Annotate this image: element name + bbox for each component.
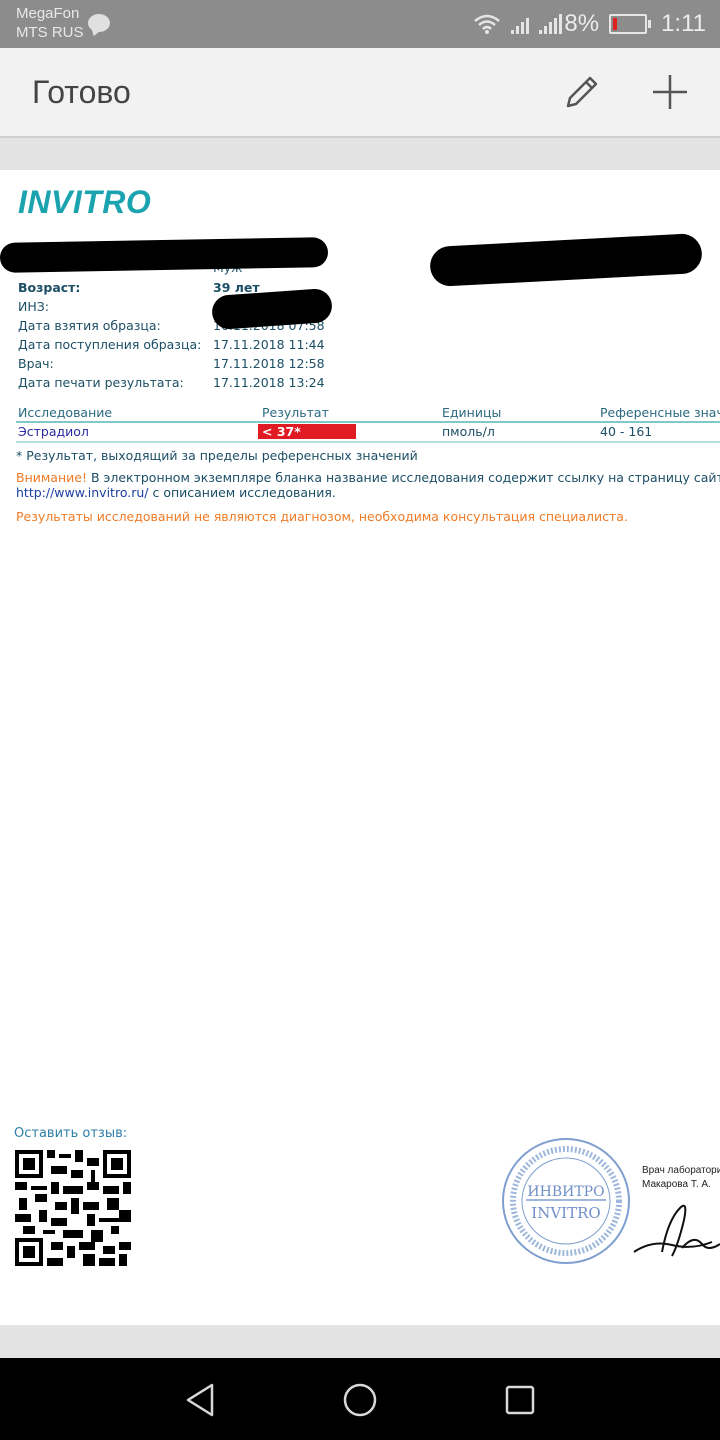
signature	[632, 1190, 720, 1270]
svg-text:ИНВИТРО: ИНВИТРО	[527, 1184, 604, 1200]
back-triangle-icon	[180, 1380, 220, 1420]
header-test: Исследование	[18, 405, 112, 420]
edit-button[interactable]	[562, 72, 602, 112]
test-name-link[interactable]: Эстрадиол	[18, 424, 89, 439]
header-result: Результат	[262, 405, 329, 420]
invitro-logo: INVITRO	[18, 184, 151, 221]
seal-stamp: ИНВИТРО INVITRO	[500, 1136, 632, 1266]
results-table: Исследование Результат Единицы Референсн…	[16, 404, 720, 443]
recents-button[interactable]	[500, 1380, 540, 1420]
field-label: Дата поступления образца:	[18, 337, 201, 352]
svg-text:INVITRO: INVITRO	[531, 1204, 600, 1222]
table-header: Исследование Результат Единицы Референсн…	[16, 404, 720, 423]
plus-icon	[650, 72, 690, 112]
field-label: Дата взятия образца:	[18, 318, 161, 333]
doctor-signature-block: Врач лаборатори Макарова Т. А.	[642, 1164, 720, 1192]
footnote: * Результат, выходящий за пределы рефере…	[16, 448, 418, 463]
app-toolbar: Готово	[0, 48, 720, 138]
add-button[interactable]	[650, 72, 690, 112]
result-value: < 37*	[258, 424, 356, 439]
field-label: ИНЗ:	[18, 299, 49, 314]
field-value: 17.11.2018 13:24	[213, 375, 325, 390]
signal-icon	[511, 14, 529, 34]
status-bar: MegaFon MTS RUS 8% 1:11	[0, 0, 720, 48]
field-label: Врач:	[18, 356, 54, 371]
document-page: INVITRO Пол: Муж Возраст: 39 лет ИНЗ: Да…	[0, 170, 720, 1325]
field-value: 17.11.2018 12:58	[213, 356, 325, 371]
warning-text: В электронном экземпляре бланка название…	[87, 470, 720, 485]
battery-icon	[609, 14, 647, 34]
wifi-icon	[473, 13, 501, 35]
feedback-label: Оставить отзыв:	[14, 1126, 127, 1141]
warning-label: Внимание!	[16, 470, 87, 485]
field-label: Возраст:	[18, 280, 80, 295]
field-value: 17.11.2018 11:44	[213, 337, 325, 352]
carrier-info: MegaFon MTS RUS	[16, 4, 84, 42]
pencil-icon	[562, 72, 602, 112]
reference-value: 40 - 161	[600, 424, 652, 439]
clock: 1:11	[661, 10, 706, 38]
home-circle-icon	[340, 1380, 380, 1420]
home-button[interactable]	[340, 1380, 380, 1420]
battery-percent: 8%	[564, 10, 599, 38]
navigation-bar	[0, 1358, 720, 1440]
carrier-1: MegaFon	[16, 4, 84, 23]
header-reference: Референсные значения	[600, 405, 720, 420]
doctor-title: Врач лаборатори	[642, 1164, 720, 1178]
back-button[interactable]	[180, 1380, 220, 1420]
field-label: Дата печати результата:	[18, 375, 184, 390]
disclaimer: Результаты исследований не являются диаг…	[16, 509, 628, 524]
status-icons: 8% 1:11	[473, 8, 706, 40]
units-value: пмоль/л	[442, 424, 495, 439]
message-icon	[88, 14, 110, 32]
signal-icon	[539, 14, 562, 34]
qr-code[interactable]	[14, 1150, 132, 1266]
header-units: Единицы	[442, 405, 501, 420]
done-button[interactable]: Готово	[32, 74, 131, 111]
recents-square-icon	[500, 1380, 540, 1420]
table-row: Эстрадиол < 37* пмоль/л 40 - 161	[16, 423, 720, 443]
warning-note: Внимание! В электронном экземпляре бланк…	[16, 470, 720, 500]
redaction-mark	[0, 237, 328, 273]
redaction-mark	[429, 233, 703, 287]
warning-text-2: с описанием исследования.	[149, 485, 336, 500]
carrier-2: MTS RUS	[16, 23, 84, 42]
invitro-link[interactable]: http://www.invitro.ru/	[16, 485, 149, 500]
